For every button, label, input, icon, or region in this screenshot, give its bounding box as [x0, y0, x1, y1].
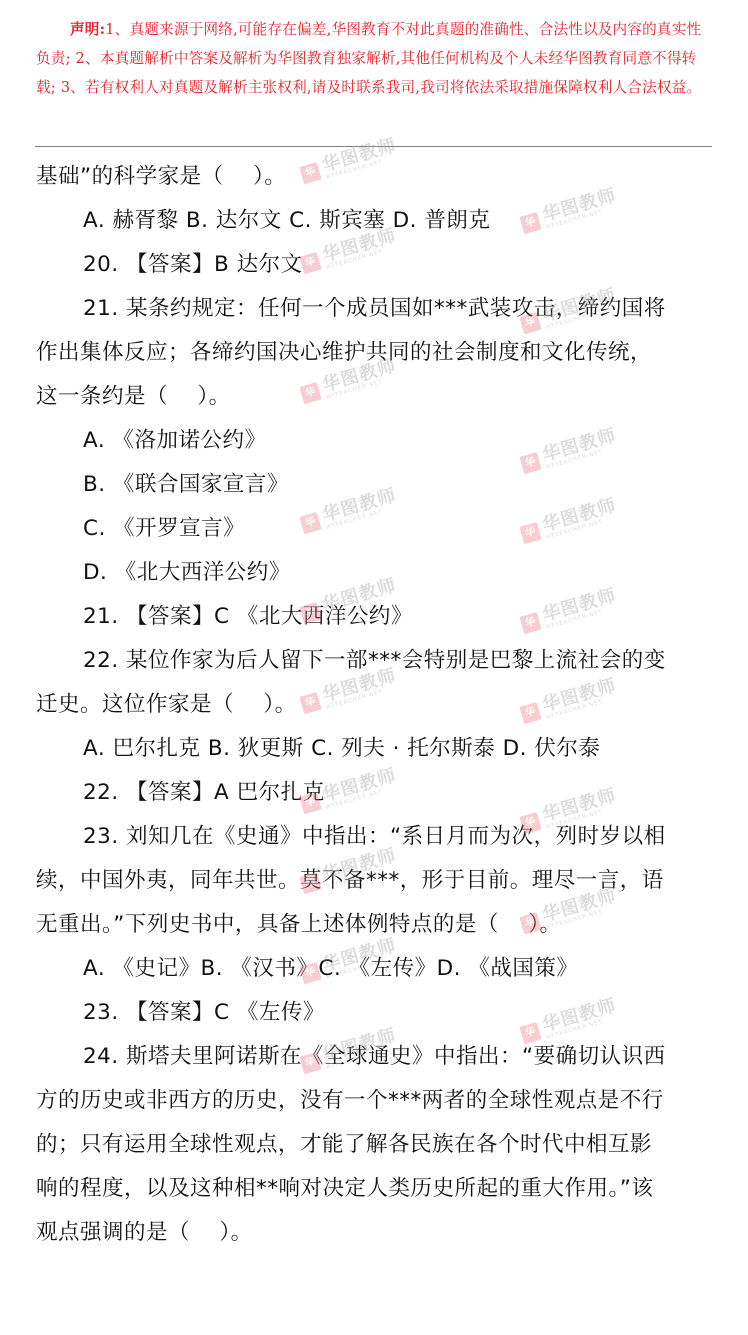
text-line: B. 《联合国家宣言》 — [36, 463, 716, 507]
copyright-disclaimer: 声明:1、真题来源于网络,可能存在偏差,华图教育不对此真题的准确性、合法性以及内… — [36, 15, 712, 102]
text-line: 这一条约是（ ）。 — [36, 375, 716, 419]
text-line: 的；只有运用全球性观点，才能了解各民族在各个时代中相互影 — [36, 1123, 716, 1167]
text-line: 迁史。这位作家是（ ）。 — [36, 683, 716, 727]
disclaimer-label: 声明: — [36, 21, 105, 38]
text-line: A. 《洛加诺公约》 — [36, 419, 716, 463]
text-line: 21. 某条约规定：任何一个成员国如***武装攻击，缔约国将 — [36, 287, 716, 331]
text-line: D. 《北大西洋公约》 — [36, 551, 716, 595]
text-line: A. 巴尔扎克 B. 狄更斯 C. 列夫 · 托尔斯泰 D. 伏尔泰 — [36, 727, 716, 771]
text-line: 作出集体反应；各缔约国决心维护共同的社会制度和文化传统， — [36, 331, 716, 375]
text-line: 23. 【答案】C 《左传》 — [36, 991, 716, 1035]
text-line: 23. 刘知几在《史通》中指出：“系日月而为次，列时岁以相 — [36, 815, 716, 859]
text-line: 观点强调的是（ ）。 — [36, 1211, 716, 1255]
text-line: 方的历史或非西方的历史，没有一个***两者的全球性观点是不行 — [36, 1079, 716, 1123]
text-line: A. 赫胥黎 B. 达尔文 C. 斯宾塞 D. 普朗克 — [36, 199, 716, 243]
text-line: 基础”的科学家是（ ）。 — [36, 155, 716, 199]
header-divider — [35, 146, 712, 147]
text-line: C. 《开罗宣言》 — [36, 507, 716, 551]
text-line: 24. 斯塔夫里阿诺斯在《全球通史》中指出：“要确切认识西 — [36, 1035, 716, 1079]
text-line: A. 《史记》B. 《汉书》C. 《左传》D. 《战国策》 — [36, 947, 716, 991]
exam-content: 基础”的科学家是（ ）。A. 赫胥黎 B. 达尔文 C. 斯宾塞 D. 普朗克2… — [36, 155, 716, 1255]
text-line: 22. 某位作家为后人留下一部***会特别是巴黎上流社会的变 — [36, 639, 716, 683]
text-line: 响的程度，以及这种相**响对决定人类历史所起的重大作用。”该 — [36, 1167, 716, 1211]
text-line: 21. 【答案】C 《北大西洋公约》 — [36, 595, 716, 639]
text-line: 续，中国外夷，同年共世。莫不备***，形于目前。理尽一言，语 — [36, 859, 716, 903]
disclaimer-text: 1、真题来源于网络,可能存在偏差,华图教育不对此真题的准确性、合法性以及内容的真… — [36, 21, 701, 96]
text-line: 22. 【答案】A 巴尔扎克 — [36, 771, 716, 815]
text-line: 20. 【答案】B 达尔文 — [36, 243, 716, 287]
text-line: 无重出。”下列史书中，具备上述体例特点的是（ ）。 — [36, 903, 716, 947]
